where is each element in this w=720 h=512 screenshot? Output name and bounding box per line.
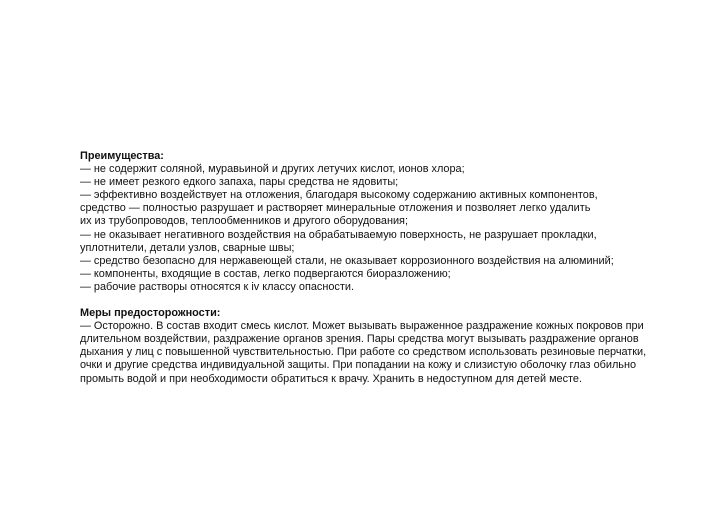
precautions-section: Меры предосторожности: — Осторожно. В со… — [80, 307, 660, 386]
advantages-line: средство — полностью разрушает и раствор… — [80, 202, 660, 215]
document-body: Преимущества: — не содержит соляной, мур… — [80, 150, 660, 386]
advantages-line: — средство безопасно для нержавеющей ста… — [80, 255, 660, 268]
advantages-line: — не оказывает негативного воздействия н… — [80, 229, 660, 242]
advantages-line: — компоненты, входящие в состав, легко п… — [80, 268, 660, 281]
precautions-line: — Осторожно. В состав входит смесь кисло… — [80, 320, 660, 333]
advantages-line: — рабочие растворы относятся к iv классу… — [80, 281, 660, 294]
advantages-heading: Преимущества: — [80, 150, 660, 163]
advantages-line: уплотнители, детали узлов, сварные швы; — [80, 242, 660, 255]
precautions-line: дыхания у лиц с повышенной чувствительно… — [80, 346, 660, 359]
precautions-heading: Меры предосторожности: — [80, 307, 660, 320]
precautions-line: длительном воздействии, раздражение орга… — [80, 333, 660, 346]
advantages-line: — не имеет резкого едкого запаха, пары с… — [80, 176, 660, 189]
advantages-line: — не содержит соляной, муравьиной и друг… — [80, 163, 660, 176]
precautions-line: промыть водой и при необходимости обрати… — [80, 373, 660, 386]
precautions-line: очки и другие средства индивидуальной за… — [80, 359, 660, 372]
advantages-line: их из трубопроводов, теплообменников и д… — [80, 215, 660, 228]
advantages-line: — эффективно воздействует на отложения, … — [80, 189, 660, 202]
advantages-section: Преимущества: — не содержит соляной, мур… — [80, 150, 660, 294]
